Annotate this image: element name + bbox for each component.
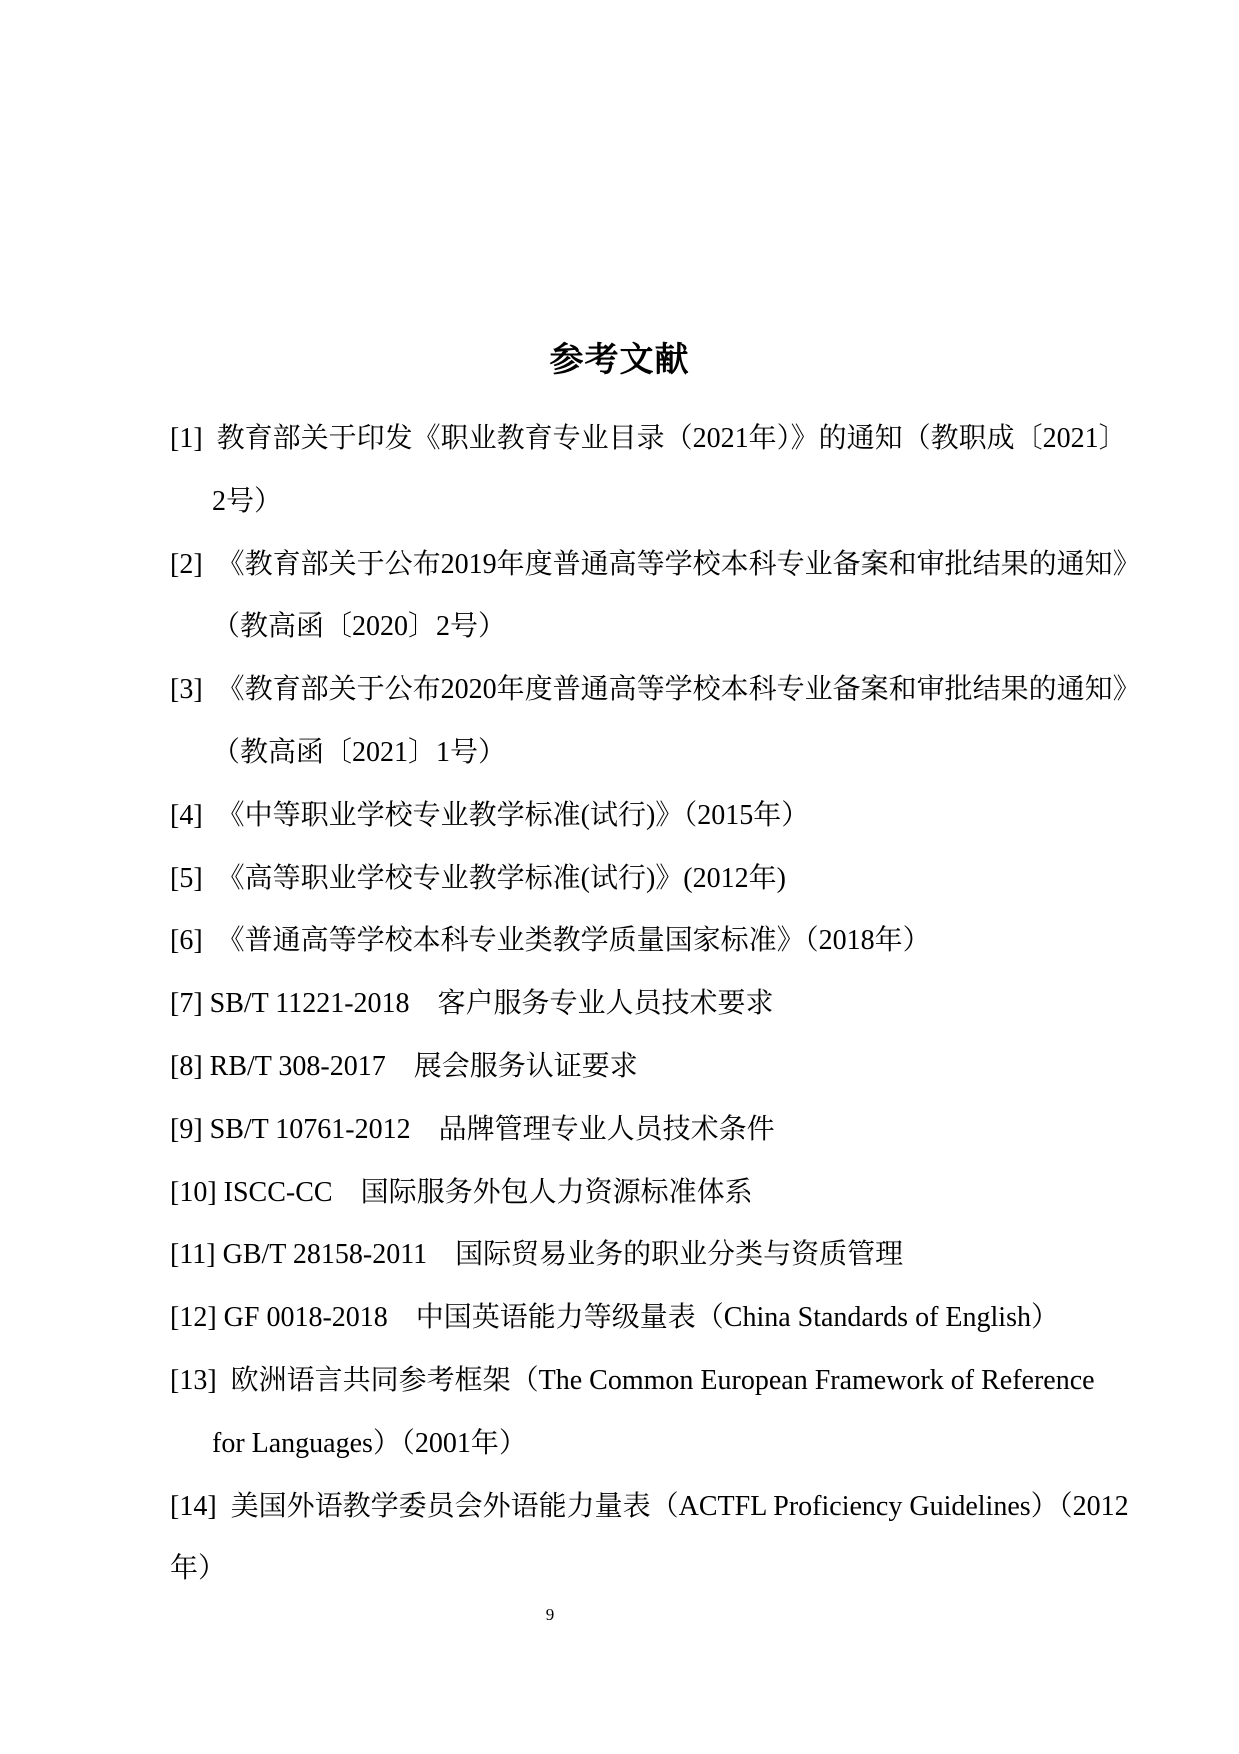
reference-line: [4] 《中等职业学校专业教学标准(试行)》（2015年） bbox=[170, 785, 1209, 848]
reference-line: [6] 《普通高等学校本科专业类教学质量国家标准》（2018年） bbox=[170, 910, 1209, 973]
reference-line: [5] 《高等职业学校专业教学标准(试行)》(2012年) bbox=[170, 848, 1209, 911]
reference-line: [1] 教育部关于印发《职业教育专业目录（2021年）》的通知（教职成〔2021… bbox=[170, 408, 1209, 471]
reference-line: [14] 美国外语教学委员会外语能力量表（ACTFL Proficiency G… bbox=[170, 1476, 1209, 1539]
reference-line: for Languages）（2001年） bbox=[170, 1413, 1209, 1476]
reference-line: [11] GB/T 28158-2011 国际贸易业务的职业分类与资质管理 bbox=[170, 1224, 1209, 1287]
reference-line: [12] GF 0018-2018 中国英语能力等级量表（China Stand… bbox=[170, 1287, 1209, 1350]
reference-line: [3] 《教育部关于公布2020年度普通高等学校本科专业备案和审批结果的通知》 bbox=[170, 659, 1209, 722]
reference-line: （教高函〔2021〕1号） bbox=[170, 722, 1209, 785]
reference-line: （教高函〔2020〕2号） bbox=[170, 596, 1209, 659]
reference-line: [7] SB/T 11221-2018 客户服务专业人员技术要求 bbox=[170, 973, 1209, 1036]
page-number: 9 bbox=[0, 1601, 1100, 1629]
reference-line: [8] RB/T 308-2017 展会服务认证要求 bbox=[170, 1036, 1209, 1099]
document-page: 参考文献 [1] 教育部关于印发《职业教育专业目录（2021年）》的通知（教职成… bbox=[0, 0, 1239, 1754]
reference-line: [10] ISCC-CC 国际服务外包人力资源标准体系 bbox=[170, 1162, 1209, 1225]
page-title: 参考文献 bbox=[0, 340, 1239, 380]
reference-line: [13] 欧洲语言共同参考框架（The Common European Fram… bbox=[170, 1350, 1209, 1413]
reference-line: 2号） bbox=[170, 471, 1209, 534]
reference-list: [1] 教育部关于印发《职业教育专业目录（2021年）》的通知（教职成〔2021… bbox=[170, 408, 1209, 1601]
reference-line: [2] 《教育部关于公布2019年度普通高等学校本科专业备案和审批结果的通知》 bbox=[170, 534, 1209, 597]
reference-line: 年） bbox=[170, 1538, 1209, 1601]
reference-line: [9] SB/T 10761-2012 品牌管理专业人员技术条件 bbox=[170, 1099, 1209, 1162]
